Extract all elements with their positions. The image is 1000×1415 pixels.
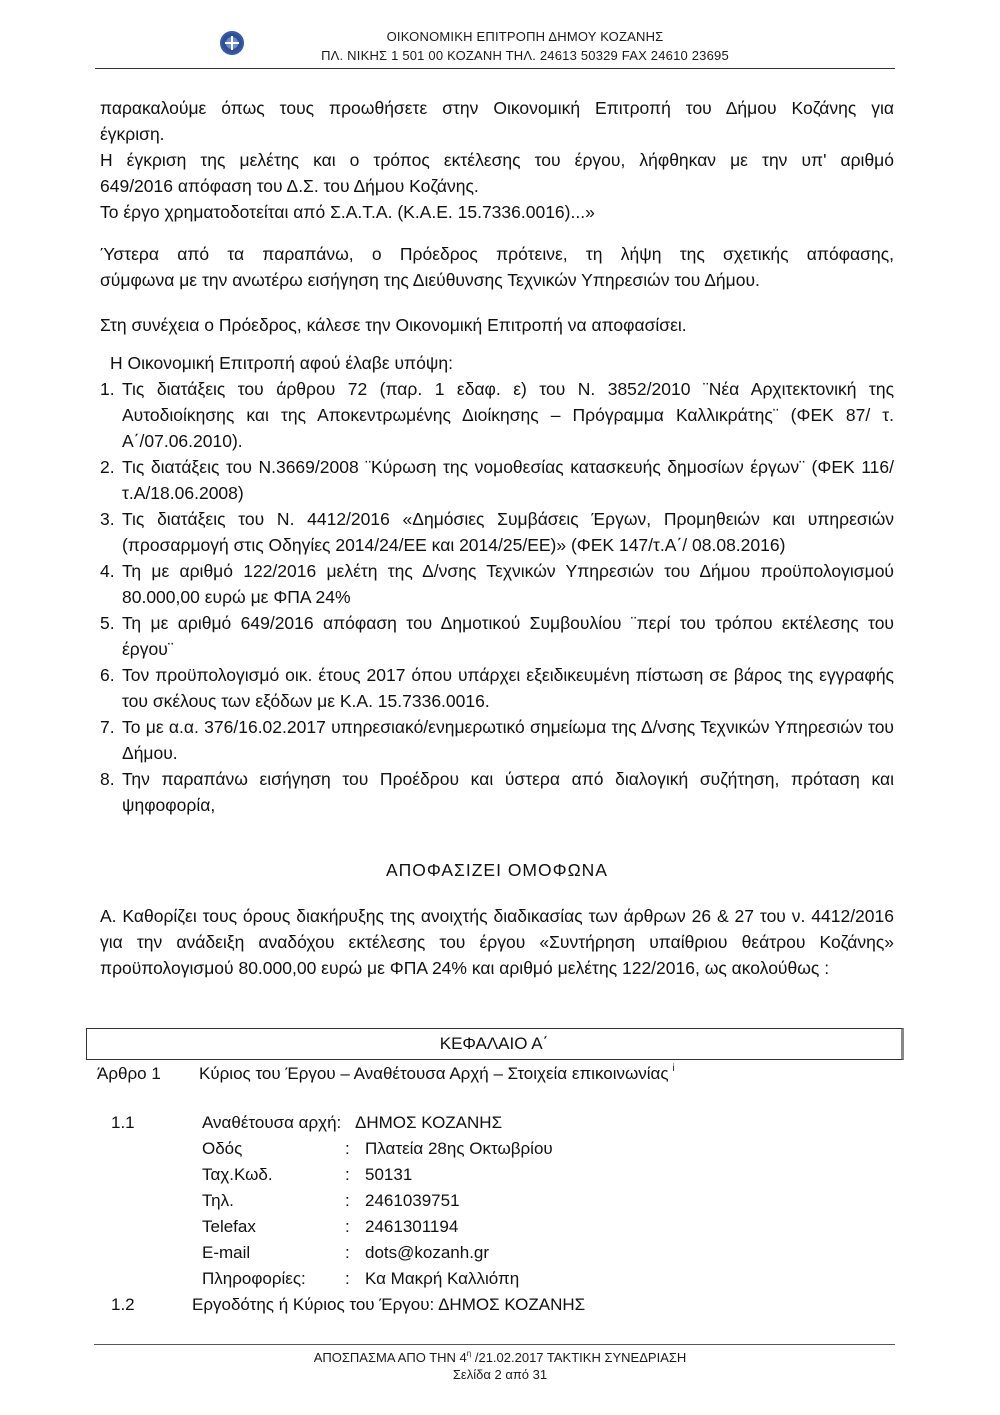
section-number: 1.1	[111, 1113, 135, 1133]
section-number: 1.2	[111, 1295, 135, 1315]
decision-a: Α. Καθορίζει τους όρους διακήρυξης της α…	[100, 903, 894, 981]
article-number: Άρθρο 1	[97, 1064, 199, 1084]
email-link[interactable]: dots@kozanh.gr	[365, 1243, 489, 1263]
page-number: Σελίδα 2 από 31	[250, 1367, 750, 1382]
consideration-item: 7. Το με α.α. 376/16.02.2017 υπηρεσιακό/…	[100, 714, 894, 766]
document-page: ΟΙΚΟΝΟΜΙΚΗ ΕΠΙΤΡΟΠΗ ΔΗΜΟΥ ΚΟΖΑΝΗΣ ΠΛ. ΝΙ…	[0, 0, 1000, 1415]
greek-coat-of-arms-icon	[220, 31, 244, 55]
proposal-line2: σύμφωνα με την ανωτέρω εισήγηση της Διεύ…	[100, 267, 894, 293]
header-address: ΠΛ. ΝΙΚΗΣ 1 501 00 ΚΟΖΑΝΗ ΤΗΛ. 24613 503…	[250, 48, 800, 63]
footer-divider	[94, 1344, 895, 1345]
consideration-item: 4. Τη με αριθμό 122/2016 μελέτη της Δ/νσ…	[100, 558, 894, 610]
considerations-intro: Η Οικονομική Επιτροπή αφού έλαβε υπόψη:	[110, 350, 904, 376]
consideration-item: 2. Τις διατάξεις του Ν.3669/2008 ¨Κύρωση…	[100, 454, 894, 506]
chapter-title: ΚΕΦΑΛΑΙΟ Α΄	[440, 1034, 549, 1054]
intro-p2-line1: Η έγκριση της μελέτης και ο τρόπος εκτέλ…	[100, 147, 894, 173]
header-divider	[95, 68, 895, 69]
decision-title: ΑΠΟΦΑΣΙΖΕΙ ΟΜΟΦΩΝΑ	[100, 860, 894, 881]
consideration-item: 1. Τις διατάξεις του άρθρου 72 (παρ. 1 ε…	[100, 376, 894, 454]
article-heading: Άρθρο 1Κύριος του Έργου – Αναθέτουσα Αρχ…	[97, 1063, 675, 1084]
proposal-line1: Ύστερα από τα παραπάνω, ο Πρόεδρος πρότε…	[100, 241, 894, 267]
footnote-mark[interactable]: i	[673, 1063, 675, 1074]
consideration-item: 5. Τη με αριθμό 649/2016 απόφαση του Δημ…	[100, 610, 894, 662]
consideration-item: 6. Τον προϋπολογισμό οικ. έτους 2017 όπο…	[100, 662, 894, 714]
header-committee-name: ΟΙΚΟΝΟΜΙΚΗ ΕΠΙΤΡΟΠΗ ΔΗΜΟΥ ΚΟΖΑΝΗΣ	[250, 29, 800, 44]
intro-p1-line2: έγκριση.	[100, 121, 894, 147]
article-title: Κύριος του Έργου – Αναθέτουσα Αρχή – Στο…	[199, 1064, 669, 1083]
intro-funding: Το έργο χρηματοδοτείται από Σ.Α.Τ.Α. (Κ.…	[100, 199, 894, 225]
call-to-decide: Στη συνέχεια ο Πρόεδρος, κάλεσε την Οικο…	[100, 312, 894, 338]
intro-p2-line2: 649/2016 απόφαση του Δ.Σ. του Δήμου Κοζά…	[100, 173, 894, 199]
intro-p1-line1: παρακαλούμε όπως τους προωθήσετε στην Οι…	[100, 95, 894, 121]
chapter-heading-box: ΚΕΦΑΛΑΙΟ Α΄	[86, 1028, 904, 1060]
footer-extract-info: ΑΠΟΣΠΑΣΜΑ ΑΠΟ ΤΗΝ 4η /21.02.2017 ΤΑΚΤΙΚΗ…	[250, 1349, 750, 1365]
consideration-item: 3. Τις διατάξεις του Ν. 4412/2016 «Δημόσ…	[100, 506, 894, 558]
considerations-list: 1. Τις διατάξεις του άρθρου 72 (παρ. 1 ε…	[100, 376, 894, 818]
consideration-item: 8. Την παραπάνω εισήγηση του Προέδρου κα…	[100, 766, 894, 818]
